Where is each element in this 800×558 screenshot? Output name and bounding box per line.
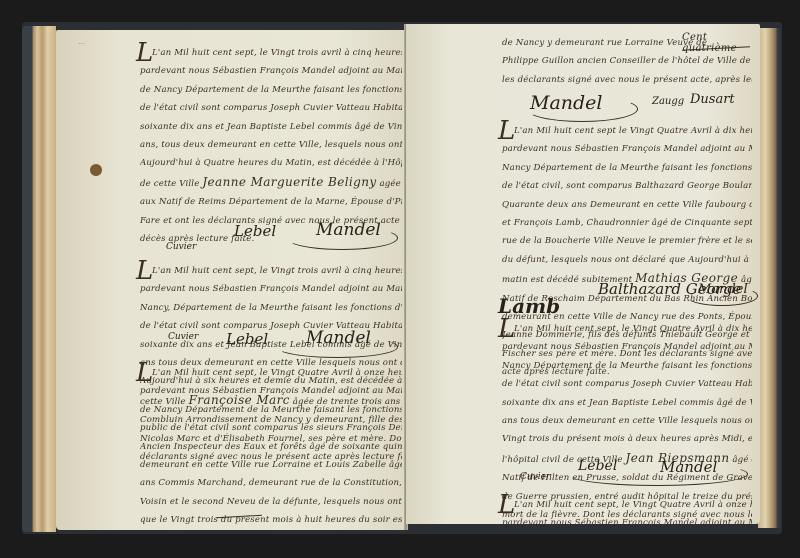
entry-line: et François Lamb, Chaudronnier âgé de Ci… bbox=[502, 214, 752, 232]
entry-line: ans Commis Marchand, demeurant rue de la… bbox=[140, 474, 402, 492]
right-page-edges bbox=[758, 28, 782, 528]
signature-zaugg: Zaugg bbox=[652, 96, 684, 107]
entry-line: demeurant en cette Ville rue Lorraine et… bbox=[140, 456, 402, 474]
entry-line: du défunt, lesquels nous ont déclaré que… bbox=[502, 251, 752, 269]
entry-line: Voisin et le second Neveu de la défunte,… bbox=[140, 493, 402, 511]
signature-lebel: Lebel bbox=[226, 330, 268, 348]
signature-flourish bbox=[566, 462, 748, 486]
entry-line: Nancy, Département de la Meurthe faisant… bbox=[140, 299, 402, 317]
signature-lebel: Lebel bbox=[234, 222, 276, 240]
signature-flourish bbox=[286, 226, 398, 250]
left-page-edges bbox=[22, 26, 56, 532]
entry-line: Philippe Guillon ancien Conseiller de l'… bbox=[502, 52, 752, 70]
entry-line: de l'état civil sont comparus Joseph Cuv… bbox=[502, 375, 752, 393]
deceased-name: Jeanne Marguerite Beligny bbox=[202, 175, 376, 189]
entry-line: Quarante deux ans Demeurant en cette Vil… bbox=[502, 196, 752, 214]
left-entry-1: L'an Mil huit cent sept, le Vingt trois … bbox=[140, 44, 402, 248]
signature-flourish bbox=[686, 286, 758, 306]
entry-line: pardevant nous Sébastien François Mandel… bbox=[140, 280, 402, 298]
entry-line: pardevant nous Sébastien François Mandel… bbox=[502, 338, 752, 356]
entry-line: de l'état civil sont comparus Joseph Cuv… bbox=[140, 99, 402, 117]
entry-line: de l'état civil, sont comparus Balthazar… bbox=[502, 177, 752, 195]
right-page: Cent quatrième de Nancy y demeurant rue … bbox=[406, 24, 760, 524]
entry-line: public de l'état civil sont comparus les… bbox=[140, 419, 402, 437]
entry-line: L'an Mil huit cent sept, le Vingt Quatre… bbox=[502, 496, 752, 514]
witness-mark: Cuvier bbox=[168, 332, 198, 342]
entry-line: L'an Mil huit cent sept, le Vingt trois … bbox=[140, 262, 402, 280]
entry-line: Nancy Département de la Meurthe faisant … bbox=[502, 357, 752, 375]
entry-line: que le Vingt trois du présent mois à hui… bbox=[140, 511, 402, 529]
signature-dusart: Dusart bbox=[690, 92, 735, 107]
witness-mark: Cuvier bbox=[166, 242, 196, 252]
left-page: … L L'an Mil huit cent sept, le Vingt tr… bbox=[56, 30, 406, 530]
entry-line: ans, tous deux demeurant en cette Ville,… bbox=[140, 136, 402, 154]
entry-line: de Nancy Département de la Meurthe faisa… bbox=[140, 81, 402, 99]
entry-line: les déclarants signé avec nous le présen… bbox=[502, 71, 752, 89]
entry-line: de cette Ville Jeanne Marguerite Beligny… bbox=[140, 173, 402, 193]
witness-mark: Cuvier bbox=[520, 472, 550, 482]
entry-line: soixante dix ans et Jean Baptiste Lebel … bbox=[502, 394, 752, 412]
entry-line: soixante dix ans et Jean Baptiste Lebel … bbox=[140, 118, 402, 136]
entry-line: L'an Mil huit cent sept, le Vingt Quatre… bbox=[140, 364, 402, 382]
entry-line: Vingt trois du présent mois à deux heure… bbox=[502, 430, 752, 448]
entry-line: pardevant nous Sébastien François Mandel… bbox=[502, 514, 752, 524]
entry-line: de Nancy Département de la Meurthe faisa… bbox=[140, 401, 402, 419]
entry-line: rue de la Boucherie Ville Neuve le premi… bbox=[502, 232, 752, 250]
signature-flourish bbox=[526, 96, 638, 122]
entry-line: Nancy Département de la Meurthe faisant … bbox=[502, 159, 752, 177]
entry-line: L'an Mil huit cent sept, le Vingt trois … bbox=[140, 44, 402, 62]
right-entry-continuation: de Nancy y demeurant rue Lorraine Veuve … bbox=[502, 34, 752, 89]
entry-line: pardevant nous Sébastien François Mandel… bbox=[140, 382, 402, 400]
right-entry-2: L'an Mil huit cent sept, le Vingt Quatre… bbox=[502, 320, 752, 524]
entry-line: pardevant nous Sébastien François Mandel… bbox=[140, 62, 402, 80]
entry-line: aux Natif de Reims Département de la Mar… bbox=[140, 193, 402, 211]
entry-line: L'an Mil huit cent sept, le Vingt Quatre… bbox=[502, 320, 752, 338]
margin-note: … bbox=[78, 38, 85, 46]
entry-line: pardevant nous Sébastien François Mandel… bbox=[502, 140, 752, 158]
entry-line: Aujourd'hui à Quatre heures du Matin, es… bbox=[140, 154, 402, 172]
entry-line: Ancien Inspecteur des Eaux et forêts âgé… bbox=[140, 438, 402, 456]
entry-line: L'an Mil huit cent sept le Vingt Quatre … bbox=[502, 122, 752, 140]
right-entry-3: L'an Mil huit cent sept, le Vingt Quatre… bbox=[502, 496, 752, 524]
entry-line: ans tous deux demeurant en cette Ville l… bbox=[502, 412, 752, 430]
left-entry-3: L'an Mil huit cent sept, le Vingt Quatre… bbox=[140, 364, 402, 530]
signature-flourish bbox=[276, 336, 398, 358]
entry-line: de Nancy y demeurant rue Lorraine Veuve … bbox=[502, 34, 752, 52]
paper-stain bbox=[90, 164, 102, 176]
